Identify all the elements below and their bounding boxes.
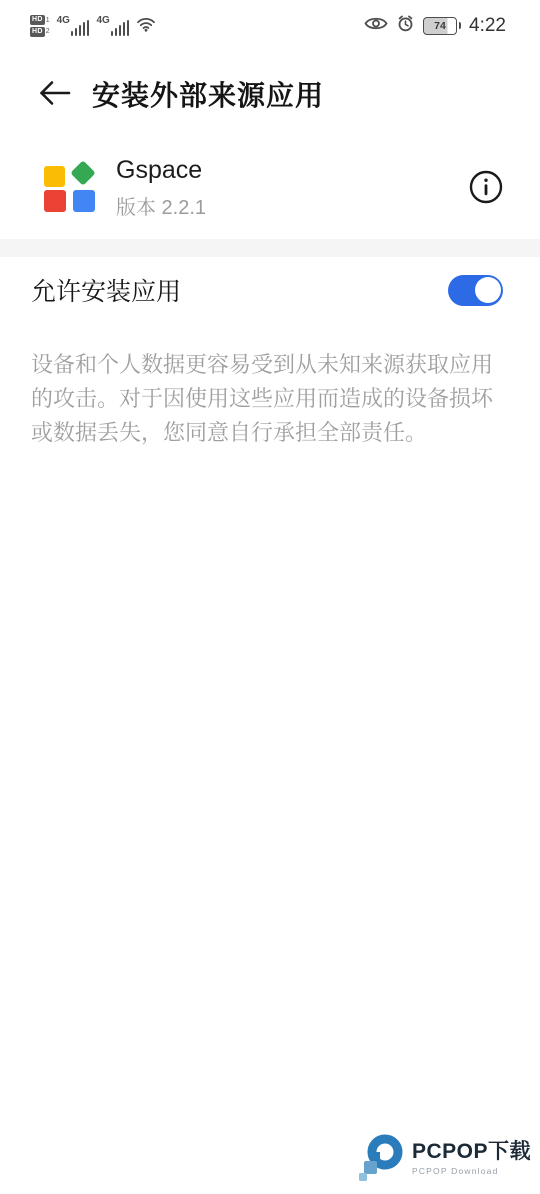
watermark-subtitle: PCPOP Download	[412, 1166, 531, 1176]
hd-sim-number: 1	[46, 17, 50, 24]
clock-time: 4:22	[469, 15, 506, 37]
app-icon-red-square	[44, 190, 66, 212]
signal-bars-icon	[111, 18, 130, 36]
alarm-icon	[397, 15, 414, 37]
settings-screen: HD 1 HD 2 4G 4G	[0, 0, 540, 1194]
toggle-knob	[475, 277, 501, 303]
allow-install-row[interactable]: 允许安装应用	[0, 257, 540, 323]
back-button[interactable]	[34, 73, 76, 115]
signal-sim2-icon: 4G	[96, 16, 129, 36]
info-icon	[468, 169, 504, 208]
network-type-label: 4G	[57, 16, 70, 26]
network-type-label: 4G	[96, 16, 109, 26]
status-bar: HD 1 HD 2 4G 4G	[0, 0, 540, 46]
allow-install-toggle[interactable]	[448, 275, 503, 306]
gspace-app-icon	[44, 162, 96, 214]
hd-chip: HD	[30, 27, 45, 37]
hd-sim-number: 2	[46, 28, 50, 35]
app-version: 版本 2.2.1	[116, 191, 467, 220]
pcpop-watermark-text: PCPOP下载 PCPOP Download	[412, 1141, 531, 1175]
app-icon-yellow-square	[44, 166, 65, 187]
section-divider	[0, 239, 540, 257]
allow-install-label: 允许安装应用	[31, 272, 181, 308]
battery-icon: 74	[423, 17, 457, 35]
app-text: Gspace 版本 2.2.1	[116, 156, 467, 220]
status-bar-left: HD 1 HD 2 4G 4G	[30, 15, 156, 36]
app-name: Gspace	[116, 156, 467, 185]
eye-comfort-icon	[364, 16, 388, 36]
battery-percent: 74	[434, 20, 446, 32]
pcpop-watermark: PCPOP下载 PCPOP Download	[359, 1131, 531, 1186]
volte-hd-sim2-icon: HD 2	[30, 27, 50, 37]
page-title: 安装外部来源应用	[92, 74, 324, 114]
volte-hd-sim1-icon: HD 1	[30, 15, 50, 25]
signal-sim1-icon: 4G	[57, 16, 90, 36]
status-bar-right: 74 4:22	[364, 15, 506, 37]
watermark-title: PCPOP下载	[412, 1141, 531, 1163]
app-icon-blue-square	[73, 190, 95, 212]
back-arrow-icon	[38, 80, 72, 109]
pcpop-logo-icon	[359, 1131, 405, 1186]
app-info-button[interactable]	[467, 169, 505, 207]
hd-chip: HD	[30, 15, 45, 25]
app-info-row: Gspace 版本 2.2.1	[0, 150, 540, 226]
app-icon-green-diamond	[70, 160, 95, 185]
signal-bars-icon	[71, 18, 90, 36]
header: 安装外部来源应用	[0, 62, 540, 126]
warning-text: 设备和个人数据更容易受到从未知来源获取应用的攻击。对于因使用这些应用而造成的设备…	[31, 348, 514, 450]
wifi-icon	[136, 16, 156, 37]
volte-hd-badges: HD 1 HD 2	[30, 15, 50, 36]
